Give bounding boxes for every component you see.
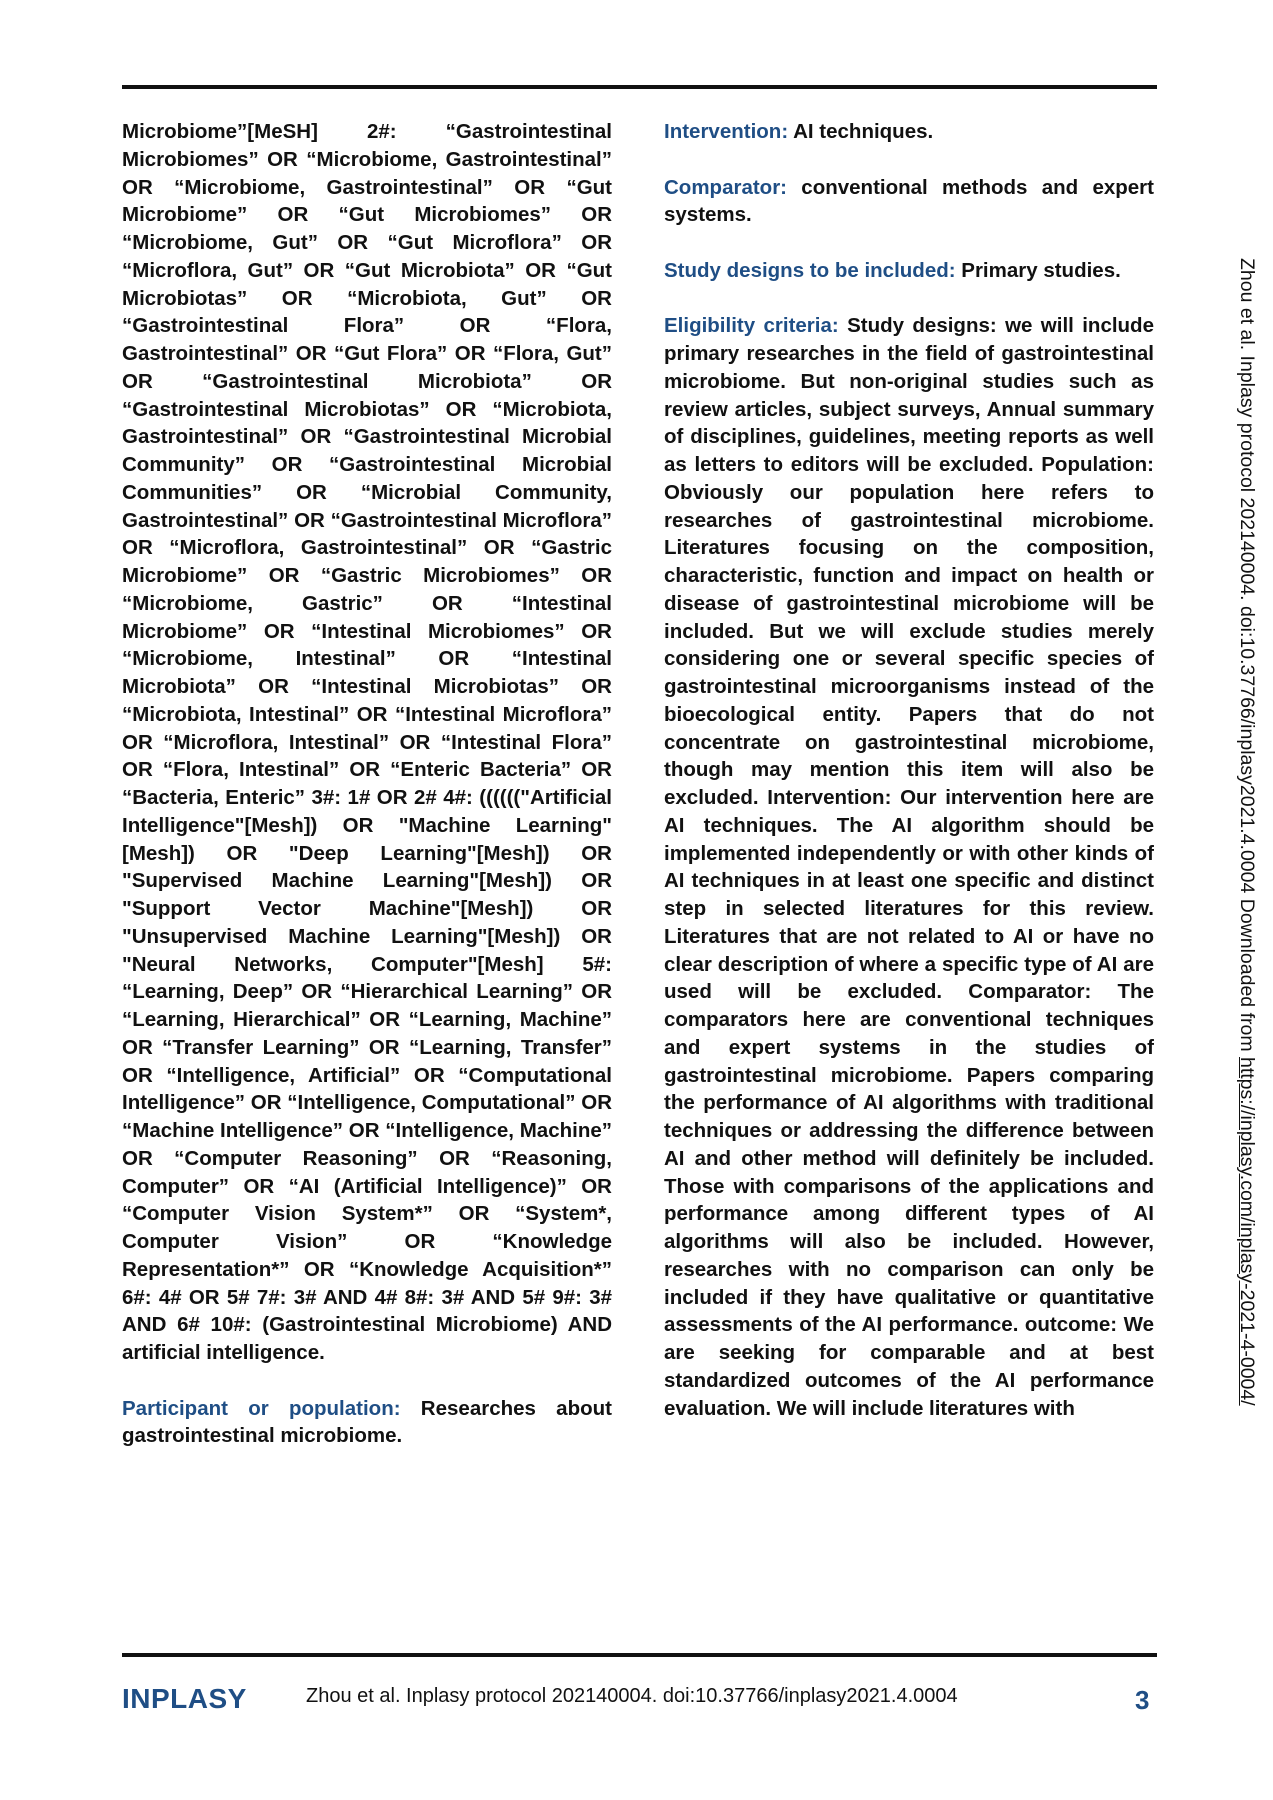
search-strategy-text: Microbiome”[MeSH] 2#: “Gastrointestinal … [122, 118, 612, 1367]
intervention-text: AI techniques. [788, 120, 933, 143]
intervention-section: Intervention: AI techniques. [664, 118, 1154, 146]
footer-brand-logo: INPLASY [122, 1683, 247, 1715]
comparator-label: Comparator: [664, 176, 787, 199]
study-designs-label: Study designs to be included: [664, 259, 956, 282]
side-note-text: Zhou et al. Inplasy protocol 202140004. … [1236, 258, 1258, 1057]
header-rule [122, 85, 1157, 89]
right-column: Intervention: AI techniques. Comparator:… [664, 118, 1154, 1450]
page-number: 3 [1135, 1685, 1149, 1716]
intervention-label: Intervention: [664, 120, 788, 143]
side-download-note: Zhou et al. Inplasy protocol 202140004. … [1235, 258, 1258, 1406]
download-link[interactable]: https://inplasy.com/inplasy-2021-4-0004/ [1236, 1057, 1258, 1406]
eligibility-text: Study designs: we will include primary r… [664, 314, 1154, 1419]
participant-label: Participant or population: [122, 1397, 401, 1420]
eligibility-section: Eligibility criteria: Study designs: we … [664, 312, 1154, 1422]
study-designs-section: Study designs to be included: Primary st… [664, 257, 1154, 285]
study-designs-text: Primary studies. [956, 259, 1121, 282]
footer-citation: Zhou et al. Inplasy protocol 202140004. … [306, 1685, 958, 1708]
eligibility-label: Eligibility criteria: [664, 314, 839, 337]
participant-section: Participant or population: Researches ab… [122, 1395, 612, 1451]
footer-rule [122, 1653, 1157, 1657]
comparator-section: Comparator: conventional methods and exp… [664, 174, 1154, 230]
left-column: Microbiome”[MeSH] 2#: “Gastrointestinal … [122, 118, 612, 1478]
